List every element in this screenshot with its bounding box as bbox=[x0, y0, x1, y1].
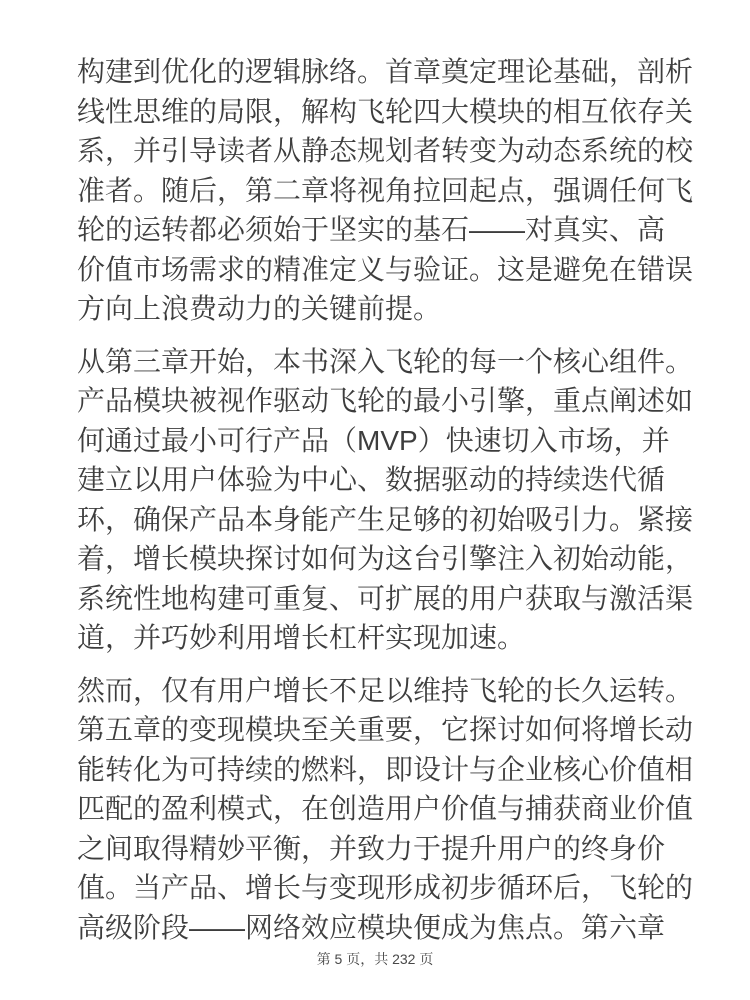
text-line: 系，并引导读者从静态规划者转变为动态系统的校 bbox=[77, 131, 677, 171]
page-footer: 第 5 页，共 232 页 bbox=[0, 950, 750, 968]
text-line: 道，并巧妙利用增长杠杆实现加速。 bbox=[77, 618, 677, 658]
text-content: 构建到优化的逻辑脉络。首章奠定理论基础，剖析 线性思维的局限，解构飞轮四大模块的… bbox=[77, 52, 677, 960]
text-line: 然而，仅有用户增长不足以维持飞轮的长久运转。 bbox=[77, 671, 677, 711]
paragraph: 然而，仅有用户增长不足以维持飞轮的长久运转。 第五章的变现模块至关重要，它探讨如… bbox=[77, 671, 677, 948]
text-line: 系统性地构建可重复、可扩展的用户获取与激活渠 bbox=[77, 579, 677, 619]
text-line: 方向上浪费动力的关键前提。 bbox=[77, 289, 677, 329]
document-page: 构建到优化的逻辑脉络。首章奠定理论基础，剖析 线性思维的局限，解构飞轮四大模块的… bbox=[0, 0, 750, 1000]
text-line: 能转化为可持续的燃料，即设计与企业核心价值相 bbox=[77, 750, 677, 790]
text-line: 值。当产品、增长与变现形成初步循环后，飞轮的 bbox=[77, 868, 677, 908]
text-line: 之间取得精妙平衡，并致力于提升用户的终身价 bbox=[77, 829, 677, 869]
text-line: 产品模块被视作驱动飞轮的最小引擎，重点阐述如 bbox=[77, 381, 677, 421]
text-line: 从第三章开始，本书深入飞轮的每一个核心组件。 bbox=[77, 342, 677, 382]
text-line: 轮的运转都必须始于坚实的基石——对真实、高 bbox=[77, 210, 677, 250]
text-line: 高级阶段——网络效应模块便成为焦点。第六章 bbox=[77, 908, 677, 948]
text-line: 何通过最小可行产品（MVP）快速切入市场，并 bbox=[77, 421, 677, 461]
text-line: 着，增长模块探讨如何为这台引擎注入初始动能， bbox=[77, 539, 677, 579]
page-indicator: 第 5 页，共 232 页 bbox=[317, 951, 434, 967]
text-line: 线性思维的局限，解构飞轮四大模块的相互依存关 bbox=[77, 92, 677, 132]
paragraph: 从第三章开始，本书深入飞轮的每一个核心组件。 产品模块被视作驱动飞轮的最小引擎，… bbox=[77, 342, 677, 658]
text-line: 价值市场需求的精准定义与验证。这是避免在错误 bbox=[77, 250, 677, 290]
text-line: 第五章的变现模块至关重要，它探讨如何将增长动 bbox=[77, 710, 677, 750]
paragraph: 构建到优化的逻辑脉络。首章奠定理论基础，剖析 线性思维的局限，解构飞轮四大模块的… bbox=[77, 52, 677, 329]
text-line: 匹配的盈利模式，在创造用户价值与捕获商业价值 bbox=[77, 789, 677, 829]
text-line: 构建到优化的逻辑脉络。首章奠定理论基础，剖析 bbox=[77, 52, 677, 92]
text-line: 建立以用户体验为中心、数据驱动的持续迭代循 bbox=[77, 460, 677, 500]
text-line: 环，确保产品本身能产生足够的初始吸引力。紧接 bbox=[77, 500, 677, 540]
text-line: 准者。随后，第二章将视角拉回起点，强调任何飞 bbox=[77, 171, 677, 211]
